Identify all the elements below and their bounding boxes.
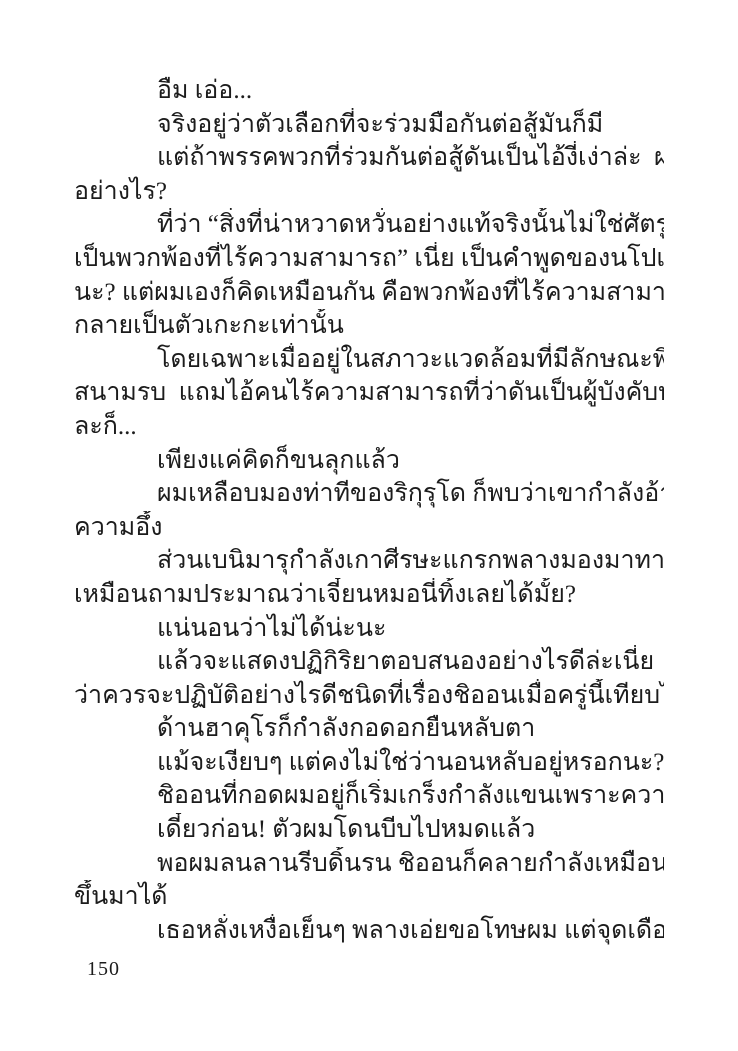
text-line: โดยเฉพาะเมื่ออยู่ในสภาวะแวดล้อมที่มีลักษ… <box>74 343 664 377</box>
text-line: ความอึ้ง <box>74 511 664 545</box>
text-line: กลายเป็นตัวเกะกะเท่านั้น <box>74 309 664 343</box>
text-line: สนามรบ แถมไอ้คนไร้ความสามารถที่ว่าดันเป็… <box>74 376 664 410</box>
text-line: พอผมลนลานรีบดิ้นรน ชิออนก็คลายกำลังเหมือ… <box>74 847 664 881</box>
text-line: ชิออนที่กอดผมอยู่ก็เริ่มเกร็งกำลังแขนเพร… <box>74 779 664 813</box>
text-line: แม้จะเงียบๆ แต่คงไม่ใช่ว่านอนหลับอยู่หรอ… <box>74 746 664 780</box>
text-line: นะ? แต่ผมเองก็คิดเหมือนกัน คือพวกพ้องที่… <box>74 276 664 310</box>
text-line: ผมเหลือบมองท่าทีของริกุรุโด ก็พบว่าเขากำ… <box>74 477 664 511</box>
text-line: เดี๋ยวก่อน! ตัวผมโดนบีบไปหมดแล้ว <box>74 813 664 847</box>
text-line: แต่ถ้าพรรคพวกที่ร่วมกันต่อสู้ดันเป็นไอ้ง… <box>74 141 664 175</box>
text-line: ส่วนเบนิมารุกำลังเกาศีรษะแกรกพลางมองมาทา… <box>74 544 664 578</box>
text-line: ที่ว่า “สิ่งที่น่าหวาดหวั่นอย่างแท้จริงน… <box>74 208 664 242</box>
text-line: ด้านฮาคุโรก็กำลังกอดอกยืนหลับตา <box>74 712 664 746</box>
text-line: ขึ้นมาได้ <box>74 880 664 914</box>
text-line: ว่าควรจะปฏิบัติอย่างไรดีชนิดที่เรื่องชิอ… <box>74 679 664 713</box>
text-line: อืม เอ่อ... <box>74 74 664 108</box>
text-line: เธอหลั่งเหงื่อเย็นๆ พลางเอ่ยขอโทษผม แต่จ… <box>74 914 664 948</box>
book-page: อืม เอ่อ...จริงอยู่ว่าตัวเลือกที่จะร่วมม… <box>0 0 738 1051</box>
text-line: เป็นพวกพ้องที่ไร้ความสามารถ” เนี่ย เป็นค… <box>74 242 664 276</box>
page-text: อืม เอ่อ...จริงอยู่ว่าตัวเลือกที่จะร่วมม… <box>74 74 664 947</box>
page-number: 150 <box>87 958 120 981</box>
text-line: แล้วจะแสดงปฏิกิริยาตอบสนองอย่างไรดีล่ะเน… <box>74 645 664 679</box>
text-line: แน่นอนว่าไม่ได้น่ะนะ <box>74 612 664 646</box>
text-line: จริงอยู่ว่าตัวเลือกที่จะร่วมมือกันต่อสู้… <box>74 108 664 142</box>
text-line: อย่างไร? <box>74 175 664 209</box>
text-line: เหมือนถามประมาณว่าเจี๋ยนหมอนี่ทิ้งเลยได้… <box>74 578 664 612</box>
text-line: ละก็... <box>74 410 664 444</box>
text-line: เพียงแค่คิดก็ขนลุกแล้ว <box>74 444 664 478</box>
